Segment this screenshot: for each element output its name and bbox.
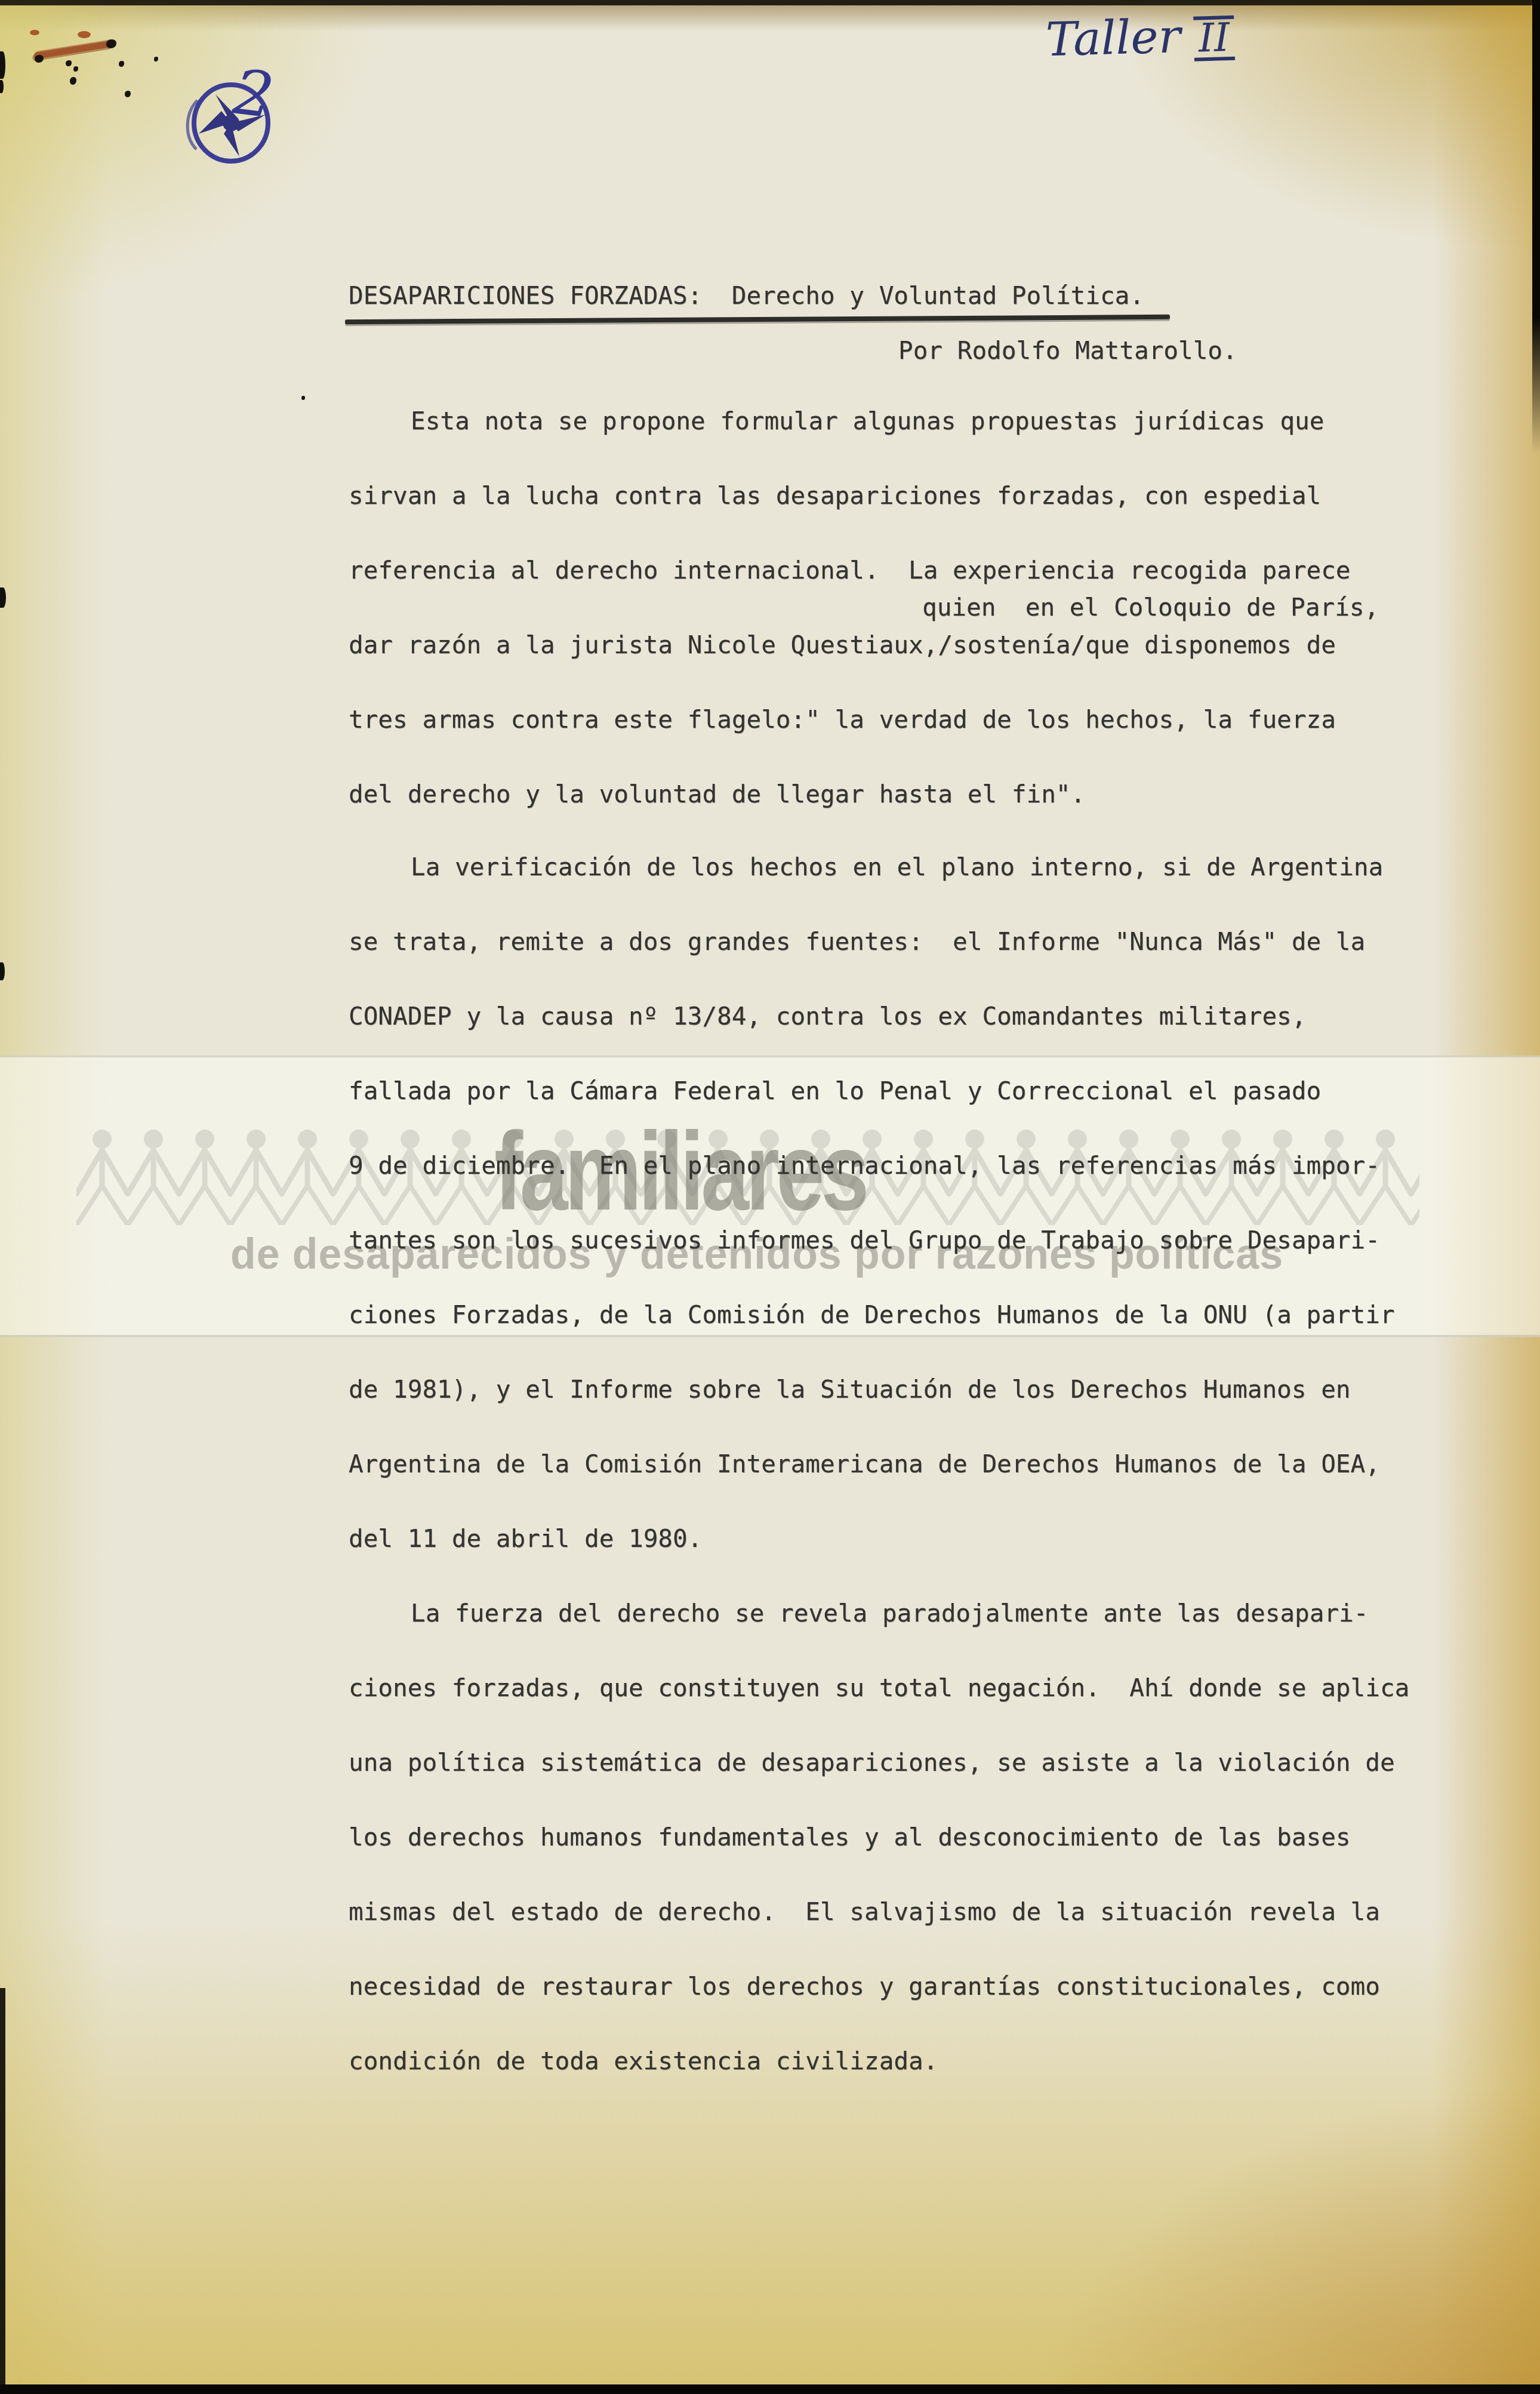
- title-underline: [345, 315, 1170, 324]
- typed-line: ciones forzadas, que constituyen su tota…: [349, 1674, 1409, 1702]
- document-title: DESAPARICIONES FORZADAS: Derecho y Volun…: [349, 282, 1144, 310]
- typed-line: tantes son los sucesivos informes del Gr…: [349, 1226, 1380, 1254]
- typed-line: La verificación de los hechos en el plan…: [411, 853, 1383, 881]
- workshop-roman-numeral: II: [1193, 16, 1235, 61]
- typed-line-insertion: quien en el Coloquio de París,: [922, 593, 1379, 621]
- typed-line: los derechos humanos fundamentales y al …: [349, 1823, 1351, 1851]
- ink-speck: [73, 66, 78, 72]
- typed-line: dar razón a la jurista Nicole Questiaux,…: [349, 631, 1336, 659]
- scan-edge-bottom: [0, 2384, 1540, 2394]
- rust-speck: [30, 30, 39, 35]
- typed-line: del derecho y la voluntad de llegar hast…: [349, 780, 1085, 808]
- ink-speck: [125, 91, 131, 97]
- typed-line: se trata, remite a dos grandes fuentes: …: [349, 928, 1365, 956]
- ink-speck: [106, 39, 116, 48]
- rust-speck: [78, 31, 91, 38]
- scan-edge-left: [0, 1988, 5, 2394]
- typed-line: tres armas contra este flagelo:" la verd…: [349, 706, 1336, 734]
- ink-speck: [119, 61, 124, 67]
- typed-line: sirvan a la lucha contra las desaparicio…: [349, 482, 1321, 510]
- typed-line: condición de toda existencia civilizada.: [349, 2047, 938, 2075]
- typed-line: 9 de diciembre. En el plano internaciona…: [349, 1152, 1380, 1180]
- typed-line: del 11 de abril de 1980.: [349, 1525, 702, 1553]
- edge-mark: [0, 587, 6, 608]
- typed-line: La fuerza del derecho se revela paradoja…: [411, 1599, 1368, 1627]
- ink-speck: [35, 55, 44, 63]
- scan-edge-top: [0, 0, 1540, 5]
- typed-line: una política sistemática de desaparicion…: [349, 1749, 1395, 1777]
- handwritten-workshop-label: TallerII: [1045, 8, 1235, 67]
- edge-mark: [0, 962, 5, 980]
- typed-line: fallada por la Cámara Federal en lo Pena…: [349, 1077, 1321, 1105]
- ink-speck: [70, 77, 76, 85]
- typed-line: CONADEP y la causa nº 13/84, contra los …: [349, 1002, 1306, 1030]
- scan-edge-right: [1532, 0, 1540, 454]
- typed-line: mismas del estado de derecho. El salvaji…: [349, 1898, 1380, 1926]
- scanned-document-page: familiares de desaparecidos y detenidos …: [0, 0, 1540, 2394]
- document-byline: Por Rodolfo Mattarollo.: [898, 337, 1237, 365]
- rust-staple-stain: [33, 41, 113, 60]
- typed-line: Esta nota se propone formular algunas pr…: [411, 407, 1324, 435]
- ink-speck: [66, 60, 72, 66]
- ink-speck: [301, 396, 305, 400]
- workshop-word: Taller: [1045, 10, 1181, 67]
- edge-mark: [0, 80, 4, 93]
- typed-line: de 1981), y el Informe sobre la Situació…: [349, 1376, 1351, 1404]
- edge-mark: [0, 51, 5, 79]
- typed-line: Argentina de la Comisión Interamericana …: [349, 1450, 1380, 1478]
- typed-line: referencia al derecho internacional. La …: [349, 556, 1351, 584]
- typed-line: ciones Forzadas, de la Comisión de Derec…: [349, 1301, 1395, 1329]
- ink-speck: [154, 57, 158, 61]
- typed-line: necesidad de restaurar los derechos y ga…: [349, 1973, 1380, 2001]
